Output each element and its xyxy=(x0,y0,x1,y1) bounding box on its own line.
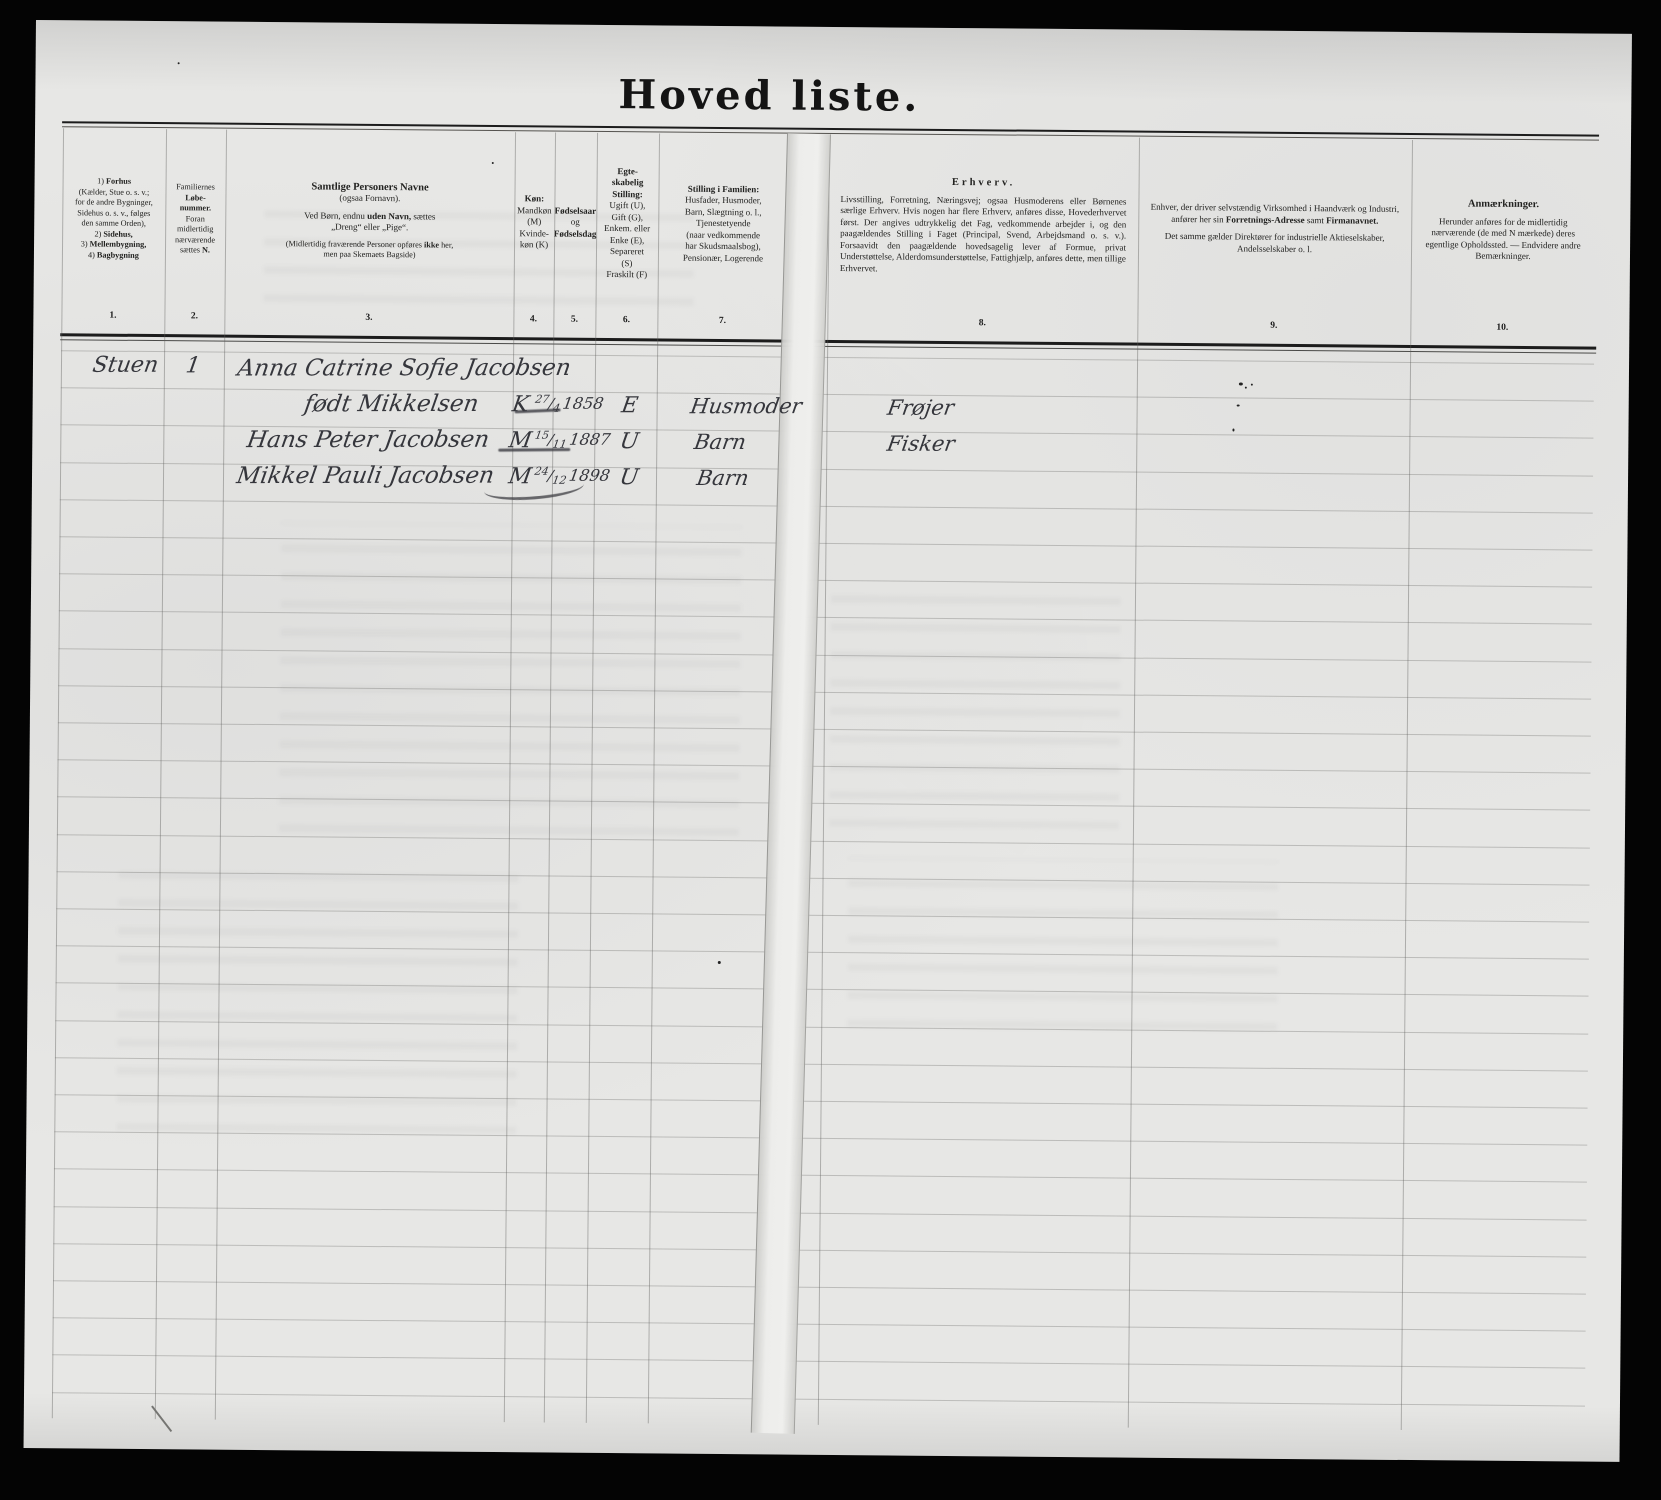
cell-erhverv: Frøjer xyxy=(886,396,956,420)
col-number-3: 3. xyxy=(224,312,513,333)
col-number-1: 1. xyxy=(61,310,164,329)
cell-egteskabelig-stilling: E xyxy=(608,393,652,418)
cell-navn: Anna Catrine Sofie Jacobsen xyxy=(236,355,573,382)
cell-navn: Hans Peter Jacobsen xyxy=(245,427,491,453)
dust-speck xyxy=(178,62,180,64)
table-grid xyxy=(36,20,1632,34)
col-header-anmaerkninger: Anmærkninger. Herunder anføres for de mi… xyxy=(1410,140,1596,322)
col-header-virksomhed: Enhver, der driver selvstændig Virksomhe… xyxy=(1137,138,1412,320)
cell-stilling: Barn xyxy=(695,466,750,490)
col-number-10: 10. xyxy=(1410,322,1594,342)
col-number-6: 6. xyxy=(595,315,657,334)
dust-speck xyxy=(718,961,721,964)
page-title: Hoved liste. xyxy=(569,71,969,121)
dust-speck xyxy=(1239,383,1243,386)
cell-erhverv: Fisker xyxy=(885,432,956,456)
col-number-9: 9. xyxy=(1137,320,1410,340)
col-number-7: 7. xyxy=(657,315,787,334)
bleedthrough-artifact xyxy=(116,871,518,1154)
col-header-erhverv: Erhverv. Livsstilling, Forretning, Nærin… xyxy=(827,135,1139,318)
cell-navn: født Mikkelsen xyxy=(302,391,480,417)
cell-stilling: Barn xyxy=(692,430,747,454)
cell-egteskabelig-stilling: U xyxy=(607,429,651,454)
cell-egteskabelig-stilling: U xyxy=(607,465,651,490)
col-header-fodselsaar: Fødselsaar og Fødselsdag xyxy=(553,133,597,313)
scanned-census-page: Hoved liste. 1) Forhus (Kælder, Stue o. … xyxy=(24,20,1632,1462)
cell-bygning: Stuen xyxy=(81,353,170,378)
col-number-2: 2. xyxy=(164,311,224,330)
col-header-lobenummer: Familiernes Løbe- nummer. Foran midlerti… xyxy=(164,129,226,310)
ink-stroke xyxy=(498,448,570,452)
dust-speck xyxy=(1245,387,1247,389)
dust-speck xyxy=(1251,384,1253,386)
cell-lobenummer: 1 xyxy=(171,353,215,378)
dust-speck xyxy=(1232,428,1234,431)
col-header-kon: Køn: Mandkøn (M) Kvinde- køn (K) xyxy=(513,132,555,312)
col-header-bygning: 1) Forhus (Kælder, Stue o. s. v.; for de… xyxy=(61,128,166,309)
cell-stilling: Husmoder xyxy=(689,394,804,418)
col-header-navne: Samtlige Personers Navne (ogsaa Fornavn)… xyxy=(224,130,515,313)
dust-speck xyxy=(492,162,494,164)
col-header-egteskabelig-stilling: Egte- skabelig Stilling: Ugift (U), Gift… xyxy=(595,133,659,314)
col-number-4: 4. xyxy=(513,314,553,332)
dust-speck xyxy=(1237,404,1240,406)
col-header-stilling-i-familien: Stilling i Familien: Husfader, Husmoder,… xyxy=(657,133,789,314)
col-number-5: 5. xyxy=(553,315,595,333)
column-rule-line xyxy=(52,128,64,1418)
bleedthrough-artifact xyxy=(829,587,1121,850)
cell-navn: Mikkel Pauli Jacobsen xyxy=(235,463,496,489)
col-number-8: 8. xyxy=(827,317,1137,338)
